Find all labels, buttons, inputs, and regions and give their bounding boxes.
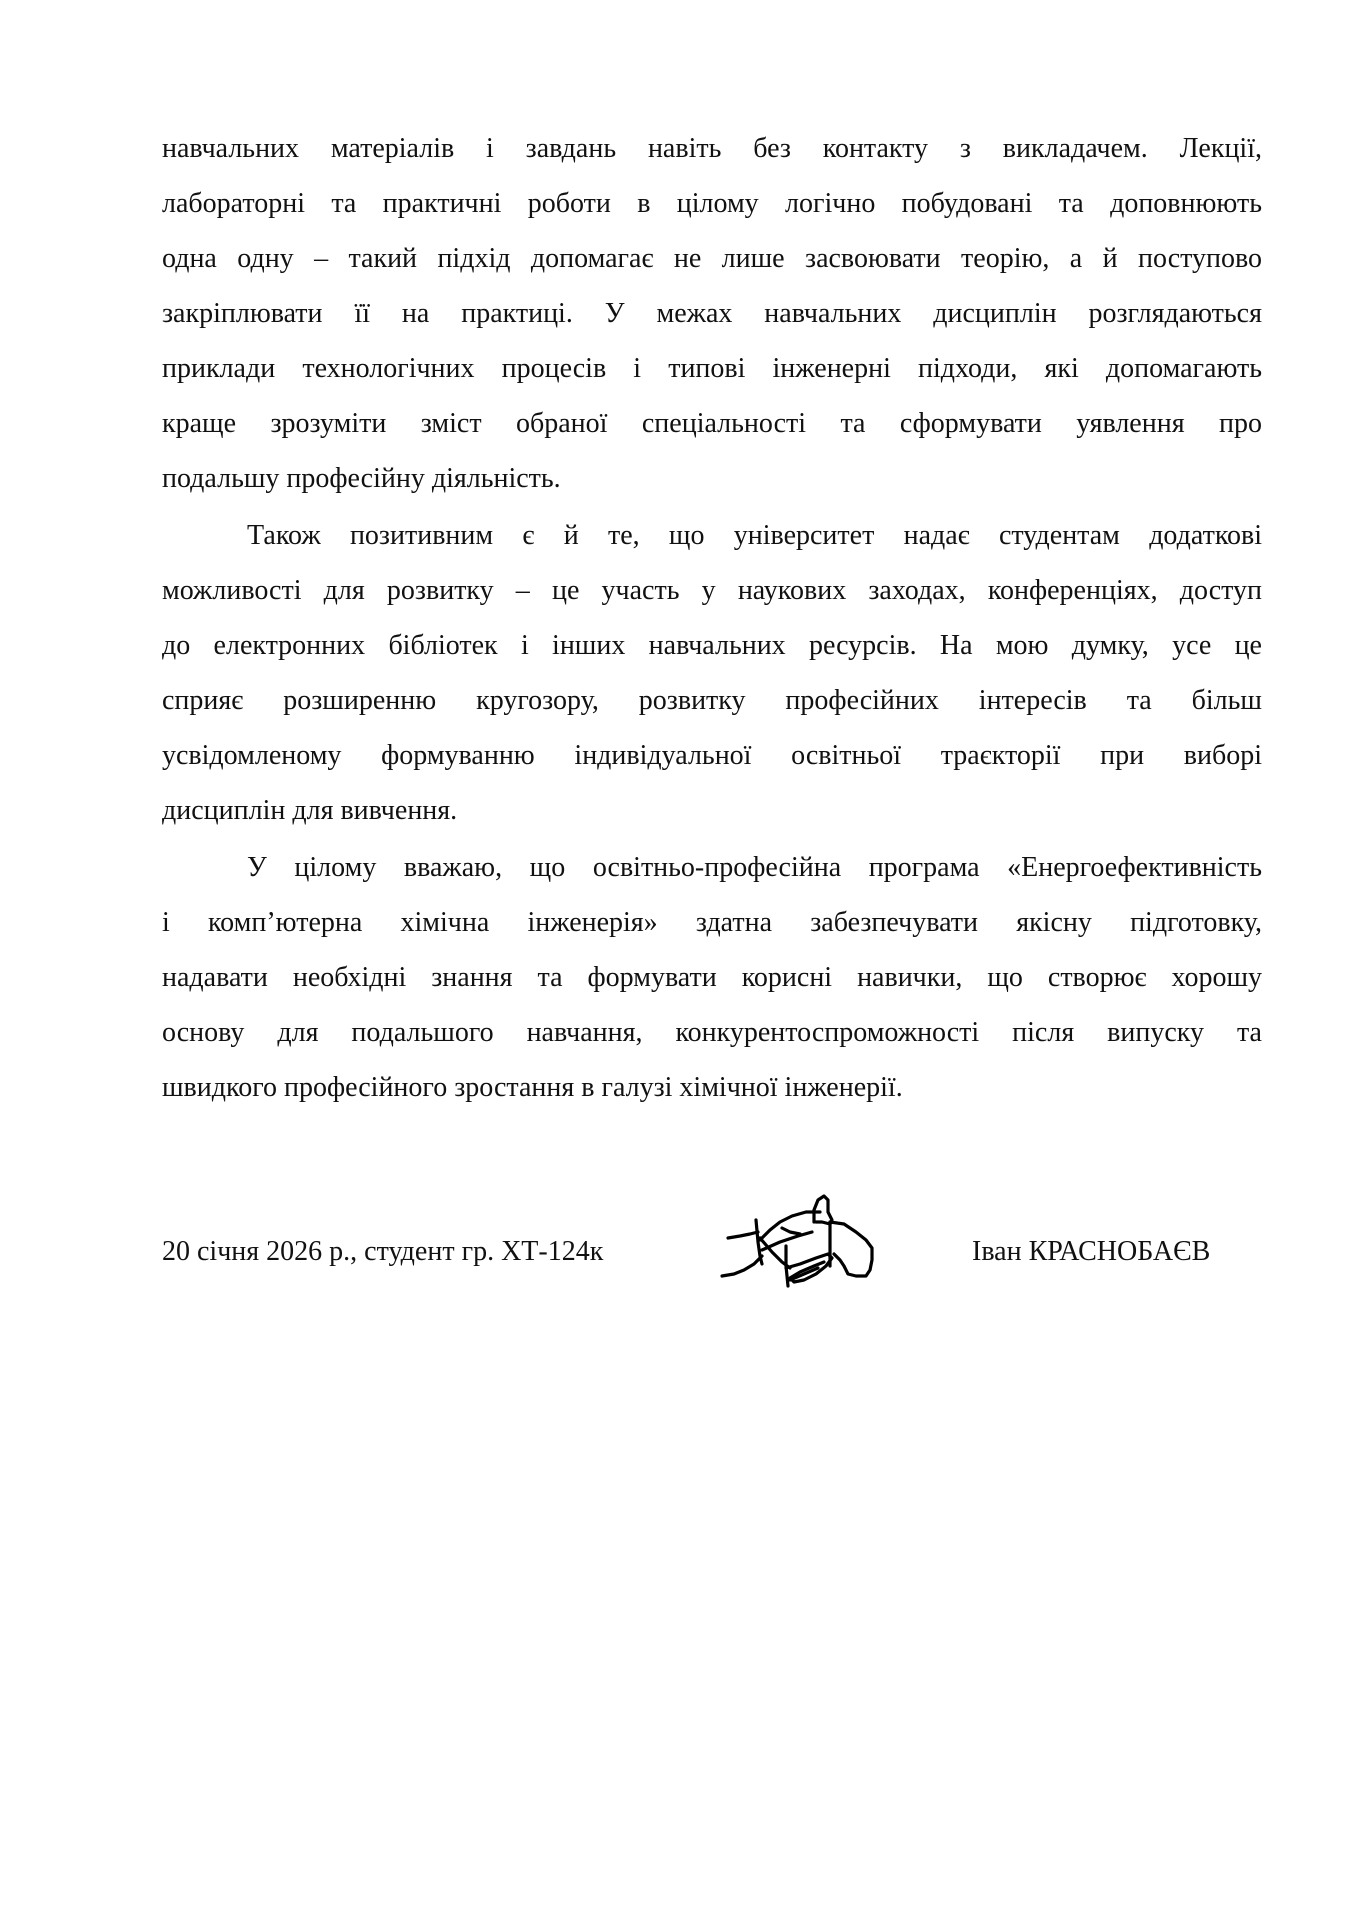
text-line: можливості для розвитку – це участь у на… (162, 563, 1262, 618)
signer-name: Іван КРАСНОБАЄВ (972, 1232, 1210, 1272)
paragraph-2: Також позитивним є й те, що університет … (162, 508, 1262, 838)
text-line: основу для подальшого навчання, конкурен… (162, 1005, 1262, 1060)
text-line: одна одну – такий підхід допомагає не ли… (162, 231, 1262, 286)
text-line: Також позитивним є й те, що університет … (162, 508, 1262, 563)
date-and-group: 20 січня 2026 р., студент гр. ХТ-124к (162, 1232, 603, 1272)
text-line: приклади технологічних процесів і типові… (162, 341, 1262, 396)
document-page: навчальних матеріалів і завдань навіть б… (0, 0, 1358, 1920)
text-line: надавати необхідні знання та формувати к… (162, 950, 1262, 1005)
paragraph-3: У цілому вважаю, що освітньо-професійна … (162, 840, 1262, 1115)
text-line: швидкого професійного зростання в галузі… (162, 1060, 1262, 1115)
signature-icon (720, 1192, 885, 1294)
signature-row: 20 січня 2026 р., студент гр. ХТ-124к Ів… (162, 1232, 1262, 1292)
text-line: закріплювати її на практиці. У межах нав… (162, 286, 1262, 341)
paragraph-1: навчальних матеріалів і завдань навіть б… (162, 121, 1262, 506)
text-line: У цілому вважаю, що освітньо-професійна … (162, 840, 1262, 895)
text-line: до електронних бібліотек і інших навчаль… (162, 618, 1262, 673)
text-line: подальшу професійну діяльність. (162, 451, 1262, 506)
text-line: усвідомленому формуванню індивідуальної … (162, 728, 1262, 783)
body-text: навчальних матеріалів і завдань навіть б… (162, 121, 1262, 1115)
text-line: навчальних матеріалів і завдань навіть б… (162, 121, 1262, 176)
text-line: дисциплін для вивчення. (162, 783, 1262, 838)
text-line: лабораторні та практичні роботи в цілому… (162, 176, 1262, 231)
text-line: і комп’ютерна хімічна інженерія» здатна … (162, 895, 1262, 950)
text-line: краще зрозуміти зміст обраної спеціально… (162, 396, 1262, 451)
text-line: сприяє розширенню кругозору, розвитку пр… (162, 673, 1262, 728)
